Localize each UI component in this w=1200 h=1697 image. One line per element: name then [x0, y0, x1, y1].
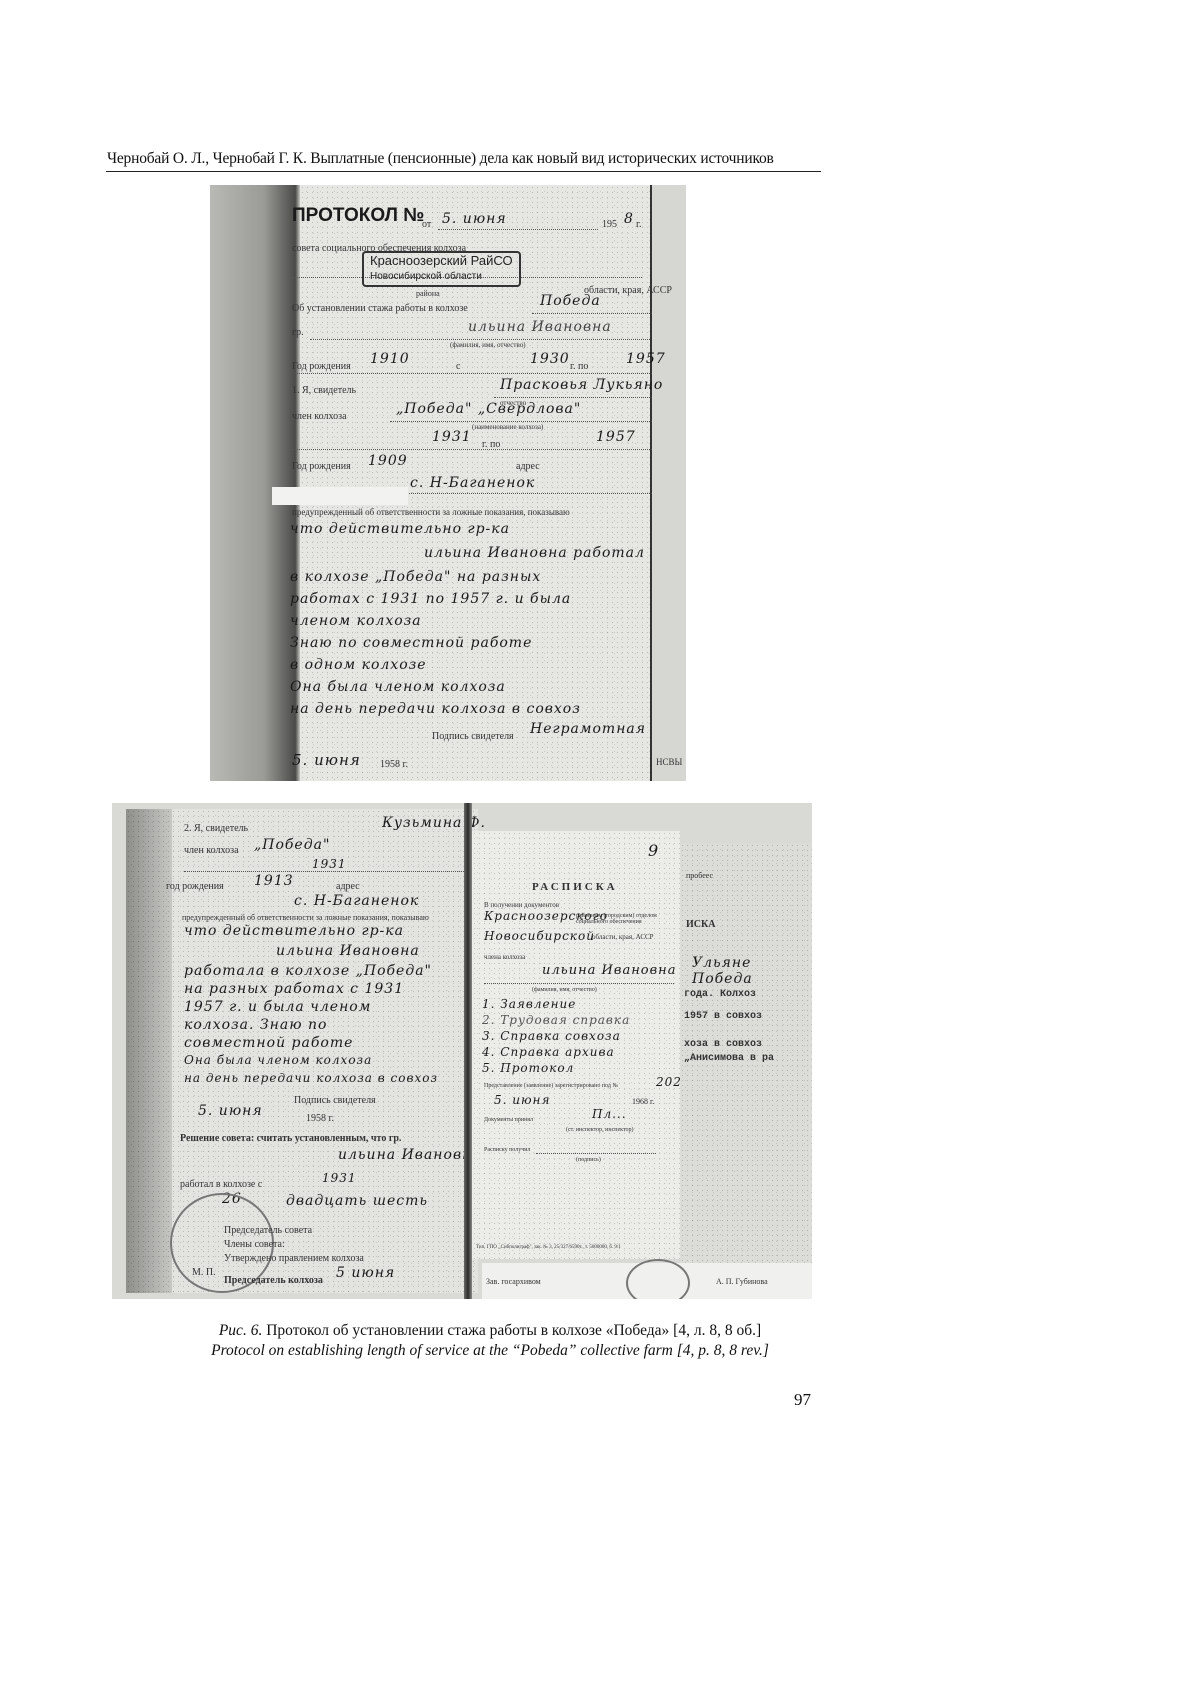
hand-signature: Неграмотная	[530, 721, 646, 737]
label-chairman-council: Председатель совета	[224, 1225, 312, 1236]
member-line	[390, 421, 652, 422]
hand-w-to: 1957	[596, 429, 636, 445]
label-address: адрес	[336, 881, 360, 892]
label-member: члена колхоза	[484, 953, 525, 961]
hand-kolkhoz: Победа	[540, 293, 601, 309]
label-member: член колхоза	[292, 411, 347, 422]
kolkhoz-line	[532, 313, 652, 314]
page-number-hand: 9	[648, 841, 659, 860]
hand-birth: 1913	[254, 873, 294, 889]
label-got-receipt: Расписку получил	[484, 1147, 530, 1153]
rayso-stamp: Красноозерский РайСО Новосибирской облас…	[362, 251, 521, 287]
book-spine	[464, 803, 472, 1299]
label-address: адрес	[516, 461, 540, 472]
scan-fold-shadow	[210, 185, 300, 781]
hand-years-words: двадцать шесть	[286, 1193, 428, 1209]
label-received: В получении документов	[484, 901, 559, 909]
label-fio: (фамилия, имя, отчество)	[532, 987, 597, 993]
right-fragment-5: года. Колхоз	[684, 989, 756, 1000]
witness-line	[494, 397, 652, 398]
right-fragment-4: Победа	[692, 971, 753, 987]
testimony-line-6: Знаю по совместной работе	[290, 635, 532, 651]
testimony-line-8: Она была членом колхоза	[184, 1053, 372, 1067]
testimony-line-5: 1957 г. и была членом	[184, 999, 371, 1015]
hand-from: 1931	[312, 857, 347, 871]
date-line	[438, 229, 598, 230]
right-fragment-2: ИСКА	[686, 919, 715, 930]
testimony-line-4: на разных работах с 1931	[184, 981, 404, 997]
label-fio: (фамилия, имя, отчество)	[450, 341, 526, 349]
label-establish: Об установлении стажа работы в колхозе	[292, 303, 468, 314]
label-sign: (подпись)	[576, 1157, 601, 1163]
hand-address: с. Н-Баганенок	[294, 893, 419, 909]
name-line	[310, 339, 650, 340]
label-birth-year: Год рождения	[292, 361, 351, 372]
testimony-line-8: Она была членом колхоза	[290, 679, 506, 695]
stamp-line-2: Новосибирской области	[370, 269, 513, 285]
label-docs-accepted: Документы принял	[484, 1117, 533, 1123]
testimony-line-9: на день передачи колхоза в совхоз	[290, 701, 581, 717]
name-line	[484, 983, 674, 984]
hand-reg-no: 202	[656, 1075, 682, 1089]
label-region: области, края, АССР	[592, 933, 654, 941]
label-gr: гр.	[292, 327, 304, 338]
edge-text: НСВЫ	[656, 757, 682, 767]
birth-line	[292, 373, 652, 374]
archive-seal	[626, 1259, 690, 1299]
testimony-line-7: совместной работе	[184, 1035, 353, 1051]
label-member: член колхоза	[184, 845, 239, 856]
testimony-line-3: в колхозе „Победа" на разных	[290, 569, 541, 585]
testimony-line-2: ильина Ивановна работал	[424, 545, 645, 561]
label-kolkhoz-name: (наименование колхоза)	[472, 423, 543, 431]
stamp-line-1: Красноозерский РайСО	[370, 253, 513, 269]
hand-name: ильина Ивановна	[468, 319, 612, 335]
label-witness2: 2. Я, свидетель	[184, 823, 248, 834]
running-head: Чернобай О. Л., Чернобай Г. К. Выплатные…	[107, 150, 820, 168]
bottom-stamp-strip: Зав. госархивом А. П. Губинова	[482, 1263, 812, 1299]
hand-worked-from: 1931	[322, 1171, 357, 1185]
figure-caption-en: Protocol on establishing length of servi…	[150, 1342, 830, 1360]
figure-scan-protocol-recto: ПРОТОКОЛ № от 5. июня 195 8 г. совета со…	[210, 185, 686, 781]
label-worked: работал в колхозе с	[180, 1179, 262, 1190]
right-fragment-8: „Анисимова в ра	[684, 1053, 774, 1064]
label-rayon: района	[416, 289, 440, 298]
year: 1958 г.	[306, 1113, 334, 1124]
date-hand: 5. июня	[442, 211, 507, 227]
reg-year: 1968 г.	[632, 1097, 654, 1106]
hand-sign-date: 5. июня	[292, 751, 361, 769]
hand-witness: Прасковья Лукьяно	[500, 377, 663, 393]
receipt-title: РАСПИСКА	[532, 881, 618, 893]
sign-year: 1958 г.	[380, 759, 408, 770]
date-prefix: от	[422, 219, 431, 230]
label-decision: Решение совета: считать установленным, ч…	[180, 1133, 401, 1144]
hand-chair-date: 5 июня	[336, 1265, 395, 1281]
protocol-title: ПРОТОКОЛ №	[292, 205, 424, 227]
running-head-rule	[106, 171, 821, 172]
label-signature: Подпись свидетеля	[432, 731, 514, 742]
period-line	[184, 871, 474, 872]
receipt-item-5: 5. Протокол	[482, 1061, 574, 1075]
hand-w-birth: 1909	[368, 453, 408, 469]
redaction-bar	[272, 487, 408, 505]
testimony-line-5: членом колхоза	[290, 613, 422, 629]
hand-name: ильина Ивановна	[542, 963, 676, 978]
label-w-birth: Год рождения	[292, 461, 351, 472]
bottom-right-text: А. П. Губинова	[716, 1277, 768, 1286]
hand-region: Новосибирской	[484, 929, 595, 943]
scan-right-edge	[650, 185, 686, 781]
label-mp: М. П.	[192, 1267, 216, 1278]
right-fragment-3: Ульяне	[692, 955, 751, 971]
hand-from-year: 1930	[530, 351, 570, 367]
testimony-line-9: на день передачи колхоза в совхоз	[184, 1071, 438, 1085]
label-chairman-kolkhoz: Председатель колхоза	[224, 1275, 323, 1286]
label-members: Члены совета:	[224, 1239, 285, 1250]
receipt-item-4: 4. Справка архива	[482, 1045, 615, 1059]
w-period-line	[292, 449, 652, 450]
receipt-form: 9 РАСПИСКА В получении документов Красно…	[472, 831, 680, 1259]
label-inspector: (ст. инспектор, инспектор)	[566, 1127, 634, 1133]
bottom-left-text: Зав. госархивом	[486, 1277, 541, 1286]
right-fragment-7: хоза в совхоз	[684, 1039, 762, 1050]
testimony-line-3: работала в колхозе „Победа"	[184, 963, 432, 979]
right-fragment-1: пробеес	[686, 871, 713, 880]
testimony-line-4: работах с 1931 по 1957 г. и была	[290, 591, 571, 607]
hand-birth-year: 1910	[370, 351, 410, 367]
figure-label: Рис. 6.	[219, 1322, 262, 1339]
hand-reg-date: 5. июня	[494, 1093, 550, 1107]
testimony-line-1: что действительно гр-ка	[290, 521, 510, 537]
label-to: г. по	[570, 361, 588, 372]
label-warned: предупрежденный об ответственности за ло…	[182, 913, 429, 922]
figure-scan-protocol-verso: 2. Я, свидетель Кузьмина Ф. член колхоза…	[112, 803, 812, 1299]
testimony-line-2: ильина Ивановна	[276, 943, 420, 959]
hand-to-year: 1957	[626, 351, 666, 367]
year-hand: 8	[624, 211, 634, 227]
hand-date: 5. июня	[198, 1103, 263, 1119]
label-birth: год рождения	[166, 881, 224, 892]
hand-decision-name: ильина Ивановна	[338, 1147, 482, 1163]
receipt-sign-line	[536, 1153, 656, 1154]
label-warned: предупрежденный об ответственности за ло…	[292, 507, 570, 517]
hand-kolkhoz: „Победа"	[254, 837, 330, 853]
right-fragment-6: 1957 в совхоз	[684, 1011, 762, 1022]
hand-member-kolkhoz: „Победа" „Свердлова"	[396, 401, 581, 417]
hand-address: с. Н-Баганенок	[410, 475, 535, 491]
label-from: с	[456, 361, 460, 372]
year-suffix: г.	[636, 219, 641, 230]
hand-inspector: Пл...	[592, 1107, 627, 1121]
page-number: 97	[794, 1390, 811, 1410]
testimony-line-1: что действительно гр-ка	[184, 923, 404, 939]
scan-left-page: 2. Я, свидетель Кузьмина Ф. член колхоза…	[126, 809, 478, 1293]
year-print: 195	[602, 219, 617, 230]
label-witness: 1. Я, свидетель	[292, 385, 356, 396]
receipt-item-3: 3. Справка совхоза	[482, 1029, 621, 1043]
label-rayon: районным (городским) отделом социального…	[576, 913, 680, 925]
label-signature: Подпись свидетеля	[294, 1095, 376, 1106]
receipt-item-2: 2. Трудовая справка	[482, 1013, 630, 1027]
hand-w-from: 1931	[432, 429, 472, 445]
testimony-line-7: в одном колхозе	[290, 657, 427, 673]
scan-grain	[680, 843, 812, 1299]
figure-caption-ru: Рис. 6. Протокол об установлении стажа р…	[150, 1322, 830, 1340]
label-approved: Утверждено правлением колхоза	[224, 1253, 364, 1264]
scan-right-page: пробеес ИСКА Ульяне Победа года. Колхоз …	[680, 843, 812, 1299]
caption-ru-text: Протокол об установлении стажа работы в …	[262, 1322, 761, 1339]
testimony-line-6: колхоза. Знаю по	[184, 1017, 327, 1033]
receipt-item-1: 1. Заявление	[482, 997, 576, 1011]
receipt-footer-print: Тип. ГПО ,,Сибполиграф", зак. № 3, 25/32…	[476, 1245, 621, 1250]
label-registered: Представление (заявление) зарегистрирова…	[484, 1083, 618, 1089]
